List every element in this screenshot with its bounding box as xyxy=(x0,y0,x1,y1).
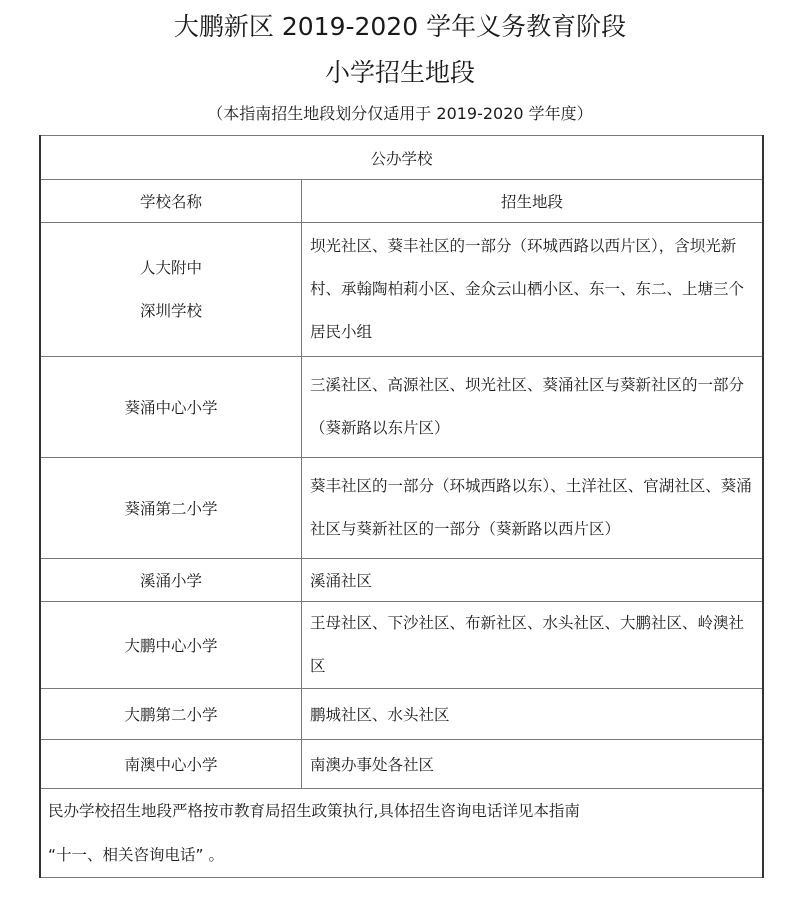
document-title: 大鹏新区 2019-2020 学年义务教育阶段 xyxy=(0,10,800,44)
applicability-note: （本指南招生地段划分仅适用于 2019-2020 学年度） xyxy=(0,103,800,125)
school-name-line: 深圳学校 xyxy=(41,290,301,333)
table-row: 葵涌中心小学 三溪社区、高源社区、坝光社区、葵涌社区与葵新社区的一部分（葵新路以… xyxy=(40,357,763,458)
column-header-area: 招生地段 xyxy=(302,180,764,223)
table-row: 溪涌小学 溪涌社区 xyxy=(40,559,763,602)
enrollment-area: 葵丰社区的一部分（环城西路以东）、土洋社区、官湖社区、葵涌社区与葵新社区的一部分… xyxy=(302,458,764,559)
enrollment-area: 坝光社区、葵丰社区的一部分（环城西路以西片区），含坝光新村、承翰陶柏莉小区、金众… xyxy=(302,223,764,357)
section-header-row: 公办学校 xyxy=(40,136,763,180)
table-row: 南澳中心小学 南澳办事处各社区 xyxy=(40,740,763,789)
enrollment-area: 鹏城社区、水头社区 xyxy=(302,689,764,740)
school-name: 大鹏中心小学 xyxy=(40,602,302,689)
enrollment-zones-table: 公办学校 学校名称 招生地段 人大附中 深圳学校 坝光社区、葵丰社区的一部分（环… xyxy=(39,135,764,878)
column-header-row: 学校名称 招生地段 xyxy=(40,180,763,223)
section-header: 公办学校 xyxy=(40,136,763,180)
column-header-school: 学校名称 xyxy=(40,180,302,223)
school-name: 溪涌小学 xyxy=(40,559,302,602)
enrollment-area: 王母社区、下沙社区、布新社区、水头社区、大鹏社区、岭澳社区 xyxy=(302,602,764,689)
private-school-note: 民办学校招生地段严格按市教育局招生政策执行,具体招生咨询电话详见本指南 “十一、… xyxy=(40,789,763,878)
school-name: 大鹏第二小学 xyxy=(40,689,302,740)
table-row: 人大附中 深圳学校 坝光社区、葵丰社区的一部分（环城西路以西片区），含坝光新村、… xyxy=(40,223,763,357)
school-name: 葵涌中心小学 xyxy=(40,357,302,458)
document-subtitle: 小学招生地段 xyxy=(0,56,800,90)
school-name: 葵涌第二小学 xyxy=(40,458,302,559)
footer-row: 民办学校招生地段严格按市教育局招生政策执行,具体招生咨询电话详见本指南 “十一、… xyxy=(40,789,763,878)
table-row: 大鹏中心小学 王母社区、下沙社区、布新社区、水头社区、大鹏社区、岭澳社区 xyxy=(40,602,763,689)
school-name-line: 人大附中 xyxy=(41,247,301,290)
footer-line: “十一、相关咨询电话” 。 xyxy=(48,833,762,877)
school-name: 人大附中 深圳学校 xyxy=(40,223,302,357)
enrollment-area: 南澳办事处各社区 xyxy=(302,740,764,789)
table-row: 葵涌第二小学 葵丰社区的一部分（环城西路以东）、土洋社区、官湖社区、葵涌社区与葵… xyxy=(40,458,763,559)
school-name: 南澳中心小学 xyxy=(40,740,302,789)
footer-line: 民办学校招生地段严格按市教育局招生政策执行,具体招生咨询电话详见本指南 xyxy=(48,789,762,833)
enrollment-area: 溪涌社区 xyxy=(302,559,764,602)
enrollment-area: 三溪社区、高源社区、坝光社区、葵涌社区与葵新社区的一部分（葵新路以东片区） xyxy=(302,357,764,458)
table-row: 大鹏第二小学 鹏城社区、水头社区 xyxy=(40,689,763,740)
